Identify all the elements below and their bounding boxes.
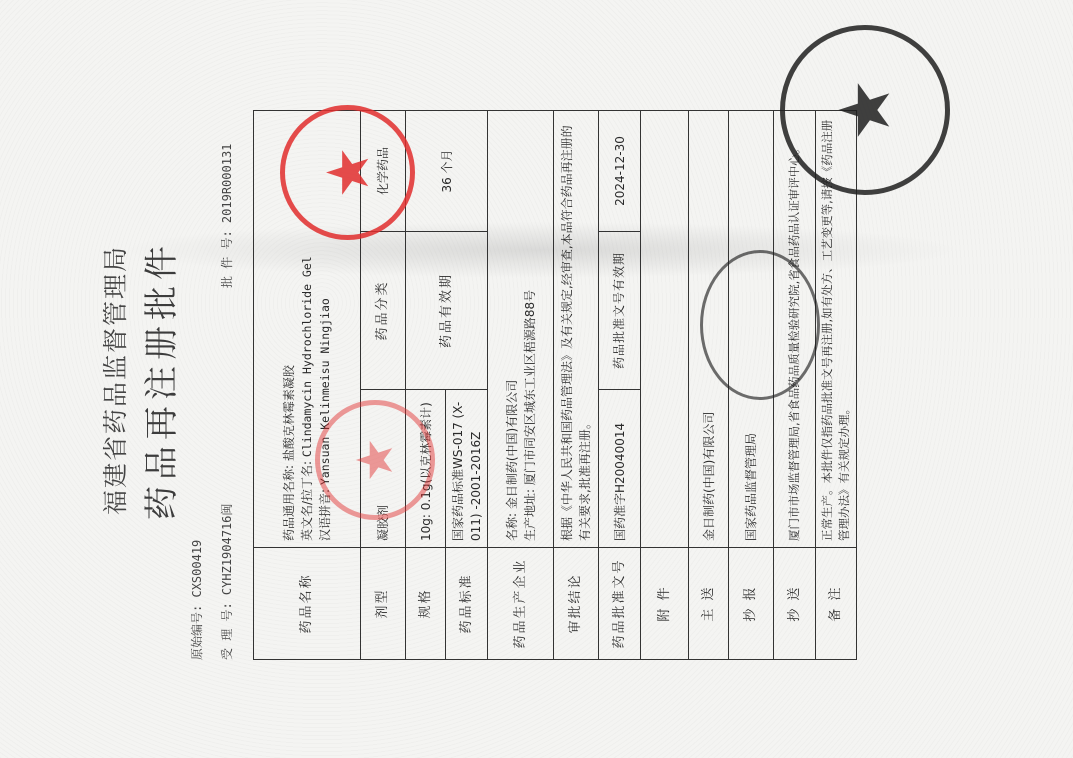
row-spec: 规格 10g: 0.1g(以克林霉素计) 药品有效期 36 个月 [406,111,446,660]
approval-doc-validity-label: 药品批准文号有效期 [599,232,641,390]
generic-name-label: 药品通用名称: [282,465,296,541]
acceptance-number-value: CYHZ1904716闽 [220,504,234,595]
send-to-label: 主 送 [689,548,729,660]
manufacturer-label: 药品生产企业 [488,548,554,660]
remarks-label: 备 注 [816,548,857,660]
manufacturer-cell: 名称: 金日制药(中国)有限公司 生产地址: 厦门市同安区城东工业区梧源路88号 [488,111,554,548]
row-remarks: 备 注 正常生产。本批件仅指药品批准文号再注册,如有处方、工艺变更等,请按《药品… [816,111,857,660]
dosage-form: 凝胶剂 [361,390,406,548]
approval-doc-label: 药品批准文号 [599,548,641,660]
acceptance-number-label: 受 理 号: [220,602,234,660]
approval-doc: 国药准字H20040014 [599,390,641,548]
approval-number-value: 2019R000131 [220,144,234,223]
manufacturer-name: 金日制药(中国)有限公司 [505,380,519,509]
row-report-to: 抄 报 国家药品监督管理局 [729,111,774,660]
manufacturer-address: 厦门市同安区城东工业区梧源路88号 [523,290,537,485]
row-drug-name: 药品名称 药品通用名称: 盐酸克林霉素凝胶 英文名/拉丁名: Clindamyc… [254,111,361,660]
remarks: 正常生产。本批件仅指药品批准文号再注册,如有处方、工艺变更等,请按《药品注册管理… [816,111,857,548]
dosage-form-label: 剂型 [361,548,406,660]
spec-label: 规格 [406,548,446,660]
report-to: 国家药品监督管理局 [729,111,774,548]
row-approval-doc: 药品批准文号 国药准字H20040014 药品批准文号有效期 2024-12-3… [599,111,641,660]
conclusion: 根据《中华人民共和国药品管理法》及有关规定,经审查,本品符合药品再注册的有关要求… [554,111,599,548]
category-label: 药品分类 [361,232,406,390]
pinyin-label: 汉语拼音: [318,489,332,541]
issuing-authority: 福建省药品监督管理局 [96,60,132,700]
copy-to-label: 抄 送 [774,548,816,660]
approval-doc-validity: 2024-12-30 [599,111,641,232]
original-number-label: 原始编号: [190,605,204,660]
acceptance-number: 受 理 号: CYHZ1904716闽 [218,504,235,660]
standard: 国家药品标准WS-017 (X-011) -2001-2016Z [446,390,488,548]
attachment-label: 附 件 [641,548,689,660]
attachment [641,111,689,548]
drug-name-cell: 药品通用名称: 盐酸克林霉素凝胶 英文名/拉丁名: Clindamycin Hy… [254,111,361,548]
row-copy-to: 抄 送 厦门市市场监督管理局,省食品药品质量检验研究院,省食品药品认证审评中心。 [774,111,816,660]
document-title: 药品再注册批件 [134,60,183,700]
original-number-value: CXS00419 [190,540,204,598]
approval-number: 批 件 号: 2019R000131 [218,144,235,288]
copy-to: 厦门市市场监督管理局,省食品药品质量检验研究院,省食品药品认证审评中心。 [774,111,816,548]
validity: 36 个月 [406,111,488,232]
approval-number-label: 批 件 号: [220,230,234,288]
conclusion-label: 审批结论 [554,548,599,660]
row-attachment: 附 件 [641,111,689,660]
validity-label: 药品有效期 [406,232,488,390]
original-number: 原始编号: CXS00419 [188,540,205,660]
send-to: 金日制药(中国)有限公司 [689,111,729,548]
english-name: Clindamycin Hydrochloride Gel [300,256,314,457]
standard-label: 药品标准 [446,548,488,660]
row-send-to: 主 送 金日制药(中国)有限公司 [689,111,729,660]
manufacturer-address-label: 生产地址: [523,489,537,541]
row-dosage-form: 剂型 凝胶剂 药品分类 化学药品 [361,111,406,660]
generic-name: 盐酸克林霉素凝胶 [282,365,296,461]
row-manufacturer: 药品生产企业 名称: 金日制药(中国)有限公司 生产地址: 厦门市同安区城东工业… [488,111,554,660]
category: 化学药品 [361,111,406,232]
approval-document: 福建省药品监督管理局 药品再注册批件 原始编号: CXS00419 受 理 号:… [90,60,870,700]
manufacturer-name-label: 名称: [505,513,519,541]
report-to-label: 抄 报 [729,548,774,660]
english-name-label: 英文名/拉丁名: [300,461,314,541]
row-conclusion: 审批结论 根据《中华人民共和国药品管理法》及有关规定,经审查,本品符合药品再注册… [554,111,599,660]
pinyin-name: Yansuan Kelinmeisu Ningjiao [318,298,332,485]
drug-name-label: 药品名称 [254,548,361,660]
spec: 10g: 0.1g(以克林霉素计) [406,390,446,548]
approval-table: 药品名称 药品通用名称: 盐酸克林霉素凝胶 英文名/拉丁名: Clindamyc… [253,110,857,660]
